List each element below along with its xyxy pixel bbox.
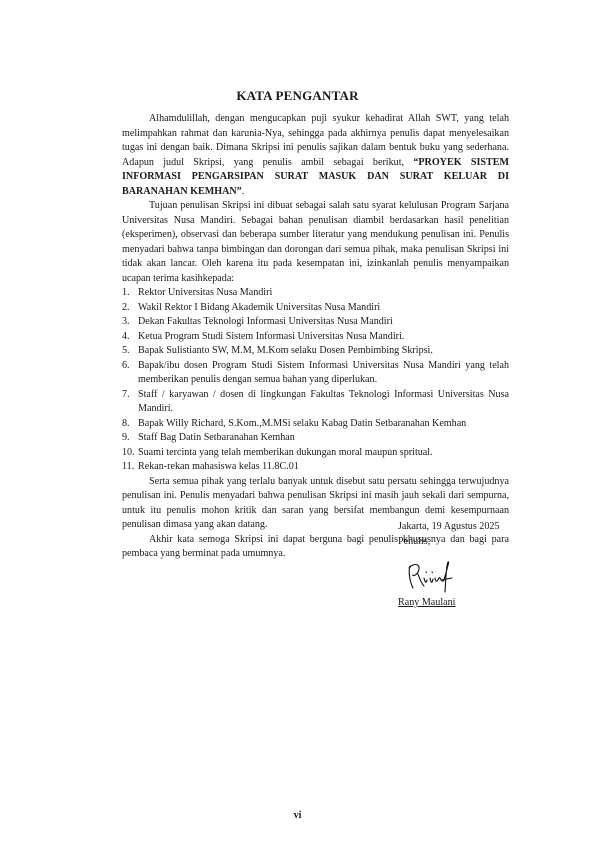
document-page: KATA PENGANTAR Alhamdulillah, dengan men… (0, 0, 595, 842)
list-number: 7. (122, 388, 130, 403)
author-label: Penulis, (398, 535, 500, 550)
author-name: Rany Maulani (398, 597, 455, 608)
list-number: 5. (122, 344, 130, 359)
list-text: Rektor Universitas Nusa Mandiri (138, 287, 272, 298)
document-body: Alhamdulillah, dengan mengucapkan puji s… (122, 112, 509, 562)
list-number: 8. (122, 417, 130, 432)
signature-icon (404, 558, 464, 594)
list-text: Suami tercinta yang telah memberikan duk… (138, 447, 433, 458)
list-text: Wakil Rektor I Bidang Akademik Universit… (138, 302, 380, 313)
thanks-list-item: 8.Bapak Willy Richard, S.Kom.,M.MSi sela… (122, 417, 509, 432)
thanks-list: 1.Rektor Universitas Nusa Mandiri2.Wakil… (122, 286, 509, 475)
thanks-list-item: 10.Suami tercinta yang telah memberikan … (122, 446, 509, 461)
list-text: Staff Bag Datin Setbaranahan Kemhan (138, 432, 295, 443)
list-text: Staff / karyawan / dosen di lingkungan F… (138, 389, 509, 415)
page-number: vi (0, 810, 595, 821)
thanks-list-item: 4.Ketua Program Studi Sistem Informasi U… (122, 330, 509, 345)
thanks-list-item: 7.Staff / karyawan / dosen di lingkungan… (122, 388, 509, 417)
page-title: KATA PENGANTAR (0, 88, 595, 104)
list-number: 6. (122, 359, 130, 374)
thanks-list-item: 6.Bapak/ibu dosen Program Studi Sistem I… (122, 359, 509, 388)
list-number: 4. (122, 330, 130, 345)
list-number: 11. (122, 460, 134, 475)
paragraph-intro-end: . (242, 186, 245, 197)
paragraph-purpose: Tujuan penulisan Skripsi ini dibuat seba… (122, 199, 509, 286)
paragraph-intro: Alhamdulillah, dengan mengucapkan puji s… (122, 112, 509, 199)
list-text: Dekan Fakultas Teknologi Informasi Unive… (138, 316, 393, 327)
thanks-list-item: 11.Rekan-rekan mahasiswa kelas 11.8C.01 (122, 460, 509, 475)
list-text: Ketua Program Studi Sistem Informasi Uni… (138, 331, 404, 342)
list-text: Bapak/ibu dosen Program Studi Sistem Inf… (138, 360, 509, 386)
thanks-list-item: 3.Dekan Fakultas Teknologi Informasi Uni… (122, 315, 509, 330)
list-number: 1. (122, 286, 130, 301)
list-number: 2. (122, 301, 130, 316)
list-text: Rekan-rekan mahasiswa kelas 11.8C.01 (138, 461, 299, 472)
list-text: Bapak Willy Richard, S.Kom.,M.MSi selaku… (138, 418, 466, 429)
thanks-list-item: 9.Staff Bag Datin Setbaranahan Kemhan (122, 431, 509, 446)
place-date: Jakarta, 19 Agustus 2025 (398, 520, 500, 535)
list-number: 10. (122, 446, 135, 461)
thanks-list-item: 2.Wakil Rektor I Bidang Akademik Univers… (122, 301, 509, 316)
thanks-list-item: 5.Bapak Sulistianto SW, M.M, M.Kom selak… (122, 344, 509, 359)
list-text: Bapak Sulistianto SW, M.M, M.Kom selaku … (138, 345, 433, 356)
list-number: 3. (122, 315, 130, 330)
thanks-list-item: 1.Rektor Universitas Nusa Mandiri (122, 286, 509, 301)
list-number: 9. (122, 431, 130, 446)
closing-block: Jakarta, 19 Agustus 2025 Penulis, (398, 520, 500, 549)
